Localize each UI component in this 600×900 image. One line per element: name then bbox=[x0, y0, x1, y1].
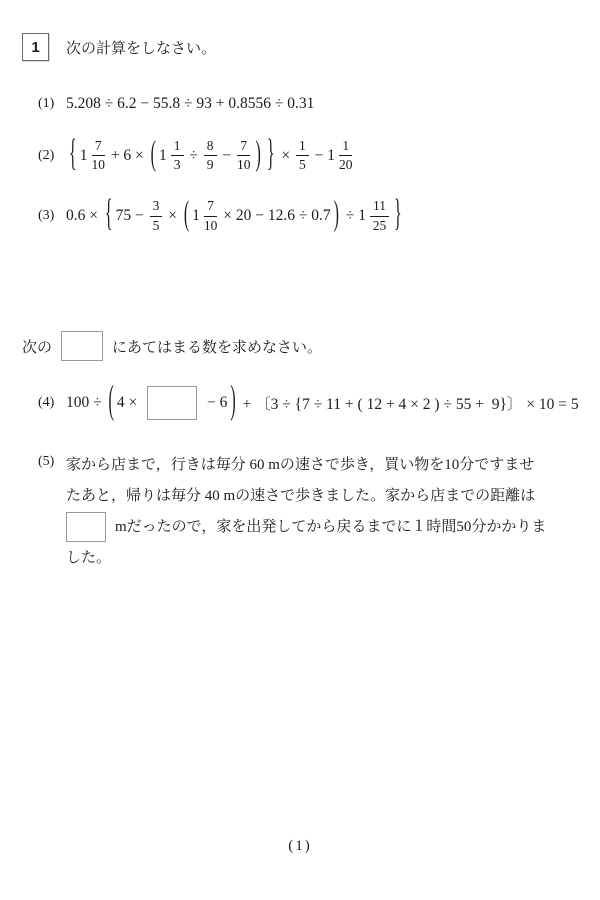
math-expression: 0.6 × {75 − 35 × (1710 × 20 − 12.6 ÷ 0.7… bbox=[66, 198, 405, 233]
calculation-problems: (1)5.208 ÷ 6.2 − 55.8 ÷ 93 + 0.8556 ÷ 0.… bbox=[38, 95, 405, 259]
numerator: 1 bbox=[339, 138, 352, 156]
big-bracket: } bbox=[267, 134, 275, 177]
math-text: ÷ bbox=[342, 207, 358, 225]
word-problem: (5) 家から店まで，行きは毎分 60 mの速さで歩き，買い物を10分ですませた… bbox=[38, 450, 578, 574]
section-number-box: 1 bbox=[22, 33, 49, 61]
fraction: 710 bbox=[204, 198, 218, 233]
big-bracket: ) bbox=[230, 380, 235, 425]
whole-number: 1 bbox=[159, 147, 167, 165]
problem-row: (3)0.6 × {75 − 35 × (1710 × 20 − 12.6 ÷ … bbox=[38, 198, 405, 233]
math-text: × bbox=[278, 147, 295, 165]
whole-number: 1 bbox=[192, 207, 200, 225]
fill-in-instruction-prefix: 次の bbox=[22, 336, 52, 357]
numerator: 7 bbox=[92, 138, 105, 156]
mixed-number: 113 bbox=[159, 138, 186, 173]
problem-row: (2){1710 + 6 × (113 ÷ 89 − 710)} × 15 − … bbox=[38, 138, 405, 173]
math-text: × bbox=[164, 207, 181, 225]
big-bracket: ( bbox=[151, 135, 156, 175]
big-bracket: ( bbox=[109, 380, 114, 425]
math-text: 5.208 ÷ 6.2 − 55.8 ÷ 93 + 0.8556 ÷ 0.31 bbox=[66, 95, 314, 113]
denominator: 25 bbox=[373, 217, 387, 234]
fraction: 35 bbox=[150, 198, 163, 233]
numerator: 1 bbox=[296, 138, 309, 156]
worksheet-page: 1 次の計算をしなさい。 (1)5.208 ÷ 6.2 − 55.8 ÷ 93 … bbox=[0, 0, 600, 900]
whole-number: 1 bbox=[327, 147, 335, 165]
denominator: 5 bbox=[299, 156, 306, 173]
fraction: 120 bbox=[339, 138, 353, 173]
word-problem-line: mだったので，家を出発してから戻るまでに１時間50分かかりま bbox=[66, 512, 578, 543]
numerator: 7 bbox=[204, 198, 217, 216]
big-bracket: } bbox=[394, 194, 402, 237]
answer-box bbox=[66, 512, 106, 542]
denominator: 10 bbox=[237, 156, 251, 173]
big-bracket: ) bbox=[256, 135, 261, 175]
math-text: 4 × bbox=[117, 394, 141, 412]
denominator: 3 bbox=[174, 156, 181, 173]
section-instruction: 次の計算をしなさい。 bbox=[66, 37, 216, 58]
math-text: 0.6 × bbox=[66, 207, 102, 225]
numerator: 3 bbox=[150, 198, 163, 216]
math-text: − 6 bbox=[203, 394, 227, 412]
problem-label: (1) bbox=[38, 96, 66, 112]
section-header: 1 次の計算をしなさい。 bbox=[22, 33, 216, 61]
math-text: 75 − bbox=[116, 207, 148, 225]
word-problem-line: たあと，帰りは毎分 40 mの速さで歩きました。家から店までの距離は bbox=[66, 481, 578, 512]
fraction: 89 bbox=[204, 138, 217, 173]
problem-row: (4)100 ÷ (4 × − 6) + 〔3 ÷ {7 ÷ 11 + ( 12… bbox=[38, 386, 579, 420]
math-text: 100 ÷ bbox=[66, 394, 106, 412]
problem-row: (1)5.208 ÷ 6.2 − 55.8 ÷ 93 + 0.8556 ÷ 0.… bbox=[38, 95, 405, 113]
big-bracket: ( bbox=[184, 196, 189, 236]
denominator: 9 bbox=[207, 156, 214, 173]
fill-in-problems: (4)100 ÷ (4 × − 6) + 〔3 ÷ {7 ÷ 11 + ( 12… bbox=[38, 386, 579, 445]
math-text: ÷ bbox=[186, 147, 202, 165]
word-problem-line-text: した。 bbox=[66, 550, 111, 566]
denominator: 5 bbox=[153, 217, 160, 234]
mixed-number: 1710 bbox=[192, 198, 219, 233]
fraction: 710 bbox=[237, 138, 251, 173]
problem-label: (2) bbox=[38, 148, 66, 164]
fraction: 710 bbox=[91, 138, 105, 173]
word-problem-line-text: mだったので，家を出発してから戻るまでに１時間50分かかりま bbox=[115, 519, 546, 535]
denominator: 10 bbox=[91, 156, 105, 173]
mixed-number: 1120 bbox=[327, 138, 354, 173]
word-problem-line-text: 家から店まで，行きは毎分 60 mの速さで歩き，買い物を10分ですませ bbox=[66, 457, 534, 473]
denominator: 20 bbox=[339, 156, 353, 173]
fill-in-instruction-suffix: にあてはまる数を求めなさい。 bbox=[112, 336, 322, 357]
page-number: (1) bbox=[0, 838, 600, 855]
denominator: 10 bbox=[204, 217, 218, 234]
problem-label: (4) bbox=[38, 395, 66, 411]
numerator: 1 bbox=[171, 138, 184, 156]
math-text: + 6 × bbox=[107, 147, 148, 165]
mixed-number: 1710 bbox=[80, 138, 107, 173]
fraction: 15 bbox=[296, 138, 309, 173]
whole-number: 1 bbox=[80, 147, 88, 165]
math-expression: 5.208 ÷ 6.2 − 55.8 ÷ 93 + 0.8556 ÷ 0.31 bbox=[66, 95, 314, 113]
big-bracket: ) bbox=[334, 196, 339, 236]
math-expression: {1710 + 6 × (113 ÷ 89 − 710)} × 15 − 112… bbox=[66, 138, 355, 173]
word-problem-line: した。 bbox=[66, 543, 578, 574]
fraction: 1125 bbox=[370, 198, 389, 233]
numerator: 8 bbox=[204, 138, 217, 156]
answer-box bbox=[147, 386, 197, 420]
word-problem-line: 家から店まで，行きは毎分 60 mの速さで歩き，買い物を10分ですませ bbox=[66, 450, 578, 481]
math-expression: 100 ÷ (4 × − 6) + 〔3 ÷ {7 ÷ 11 + ( 12 + … bbox=[66, 386, 579, 420]
math-text: + 〔3 ÷ {7 ÷ 11 + ( 12 + 4 × 2 ) ÷ 55 + 9… bbox=[239, 392, 579, 414]
fraction: 13 bbox=[171, 138, 184, 173]
numerator: 7 bbox=[237, 138, 250, 156]
word-problem-text: 家から店まで，行きは毎分 60 mの速さで歩き，買い物を10分ですませたあと，帰… bbox=[66, 450, 578, 574]
problem-label: (5) bbox=[38, 450, 66, 574]
math-text: − bbox=[219, 147, 236, 165]
mixed-number: 11125 bbox=[358, 198, 391, 233]
math-text: × 20 − 12.6 ÷ 0.7 bbox=[219, 207, 330, 225]
big-bracket: { bbox=[69, 134, 77, 177]
numerator: 11 bbox=[370, 198, 389, 216]
problem-label: (3) bbox=[38, 208, 66, 224]
section-number: 1 bbox=[31, 39, 39, 56]
whole-number: 1 bbox=[358, 207, 366, 225]
big-bracket: { bbox=[105, 194, 113, 237]
math-text: − bbox=[311, 147, 328, 165]
answer-box bbox=[61, 331, 103, 361]
fill-in-instruction: 次の にあてはまる数を求めなさい。 bbox=[22, 331, 322, 361]
word-problem-line-text: たあと，帰りは毎分 40 mの速さで歩きました。家から店までの距離は bbox=[66, 488, 535, 504]
